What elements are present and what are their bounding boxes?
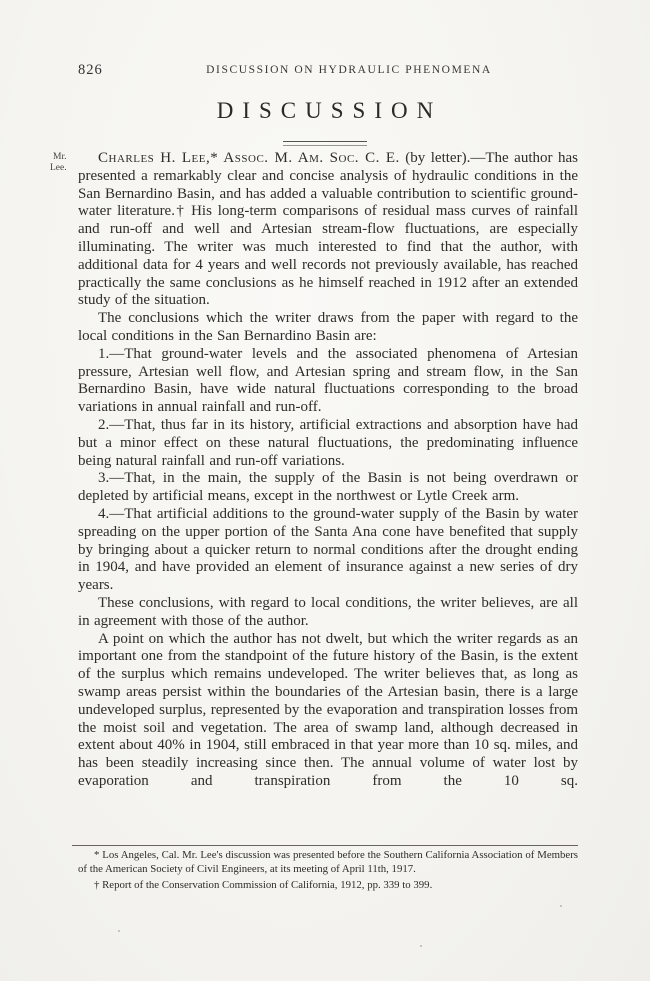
margin-note-speaker: Mr. Lee. [50, 152, 78, 173]
paragraph-discussion-opening: Charles H. Lee,* Assoc. M. Am. Soc. C. E… [78, 150, 578, 310]
book-page: 826 DISCUSSION ON HYDRAULIC PHENOMENA DI… [0, 0, 650, 981]
footnote-dagger: † Report of the Conservation Commission … [78, 879, 578, 893]
margin-note-line2: Lee. [50, 163, 78, 174]
scan-speckle [560, 905, 562, 907]
body-text: Charles H. Lee,* Assoc. M. Am. Soc. C. E… [78, 150, 578, 791]
paragraph-conclusion-2: 2.—That, thus far in its history, artifi… [78, 417, 578, 470]
paragraph-conclusion-4: 4.—That artificial additions to the grou… [78, 506, 578, 595]
page-header: 826 DISCUSSION ON HYDRAULIC PHENOMENA [78, 62, 580, 80]
title-rule [283, 141, 367, 146]
paragraph-conclusions-intro: The conclusions which the writer draws f… [78, 310, 578, 346]
author-name-smallcaps: Charles H. Lee,* Assoc. M. Am. Soc. C. E… [98, 150, 400, 166]
section-title: DISCUSSION [0, 98, 650, 124]
scan-speckle [420, 945, 422, 947]
paragraph-text: (by letter).—The author has presented a … [78, 150, 578, 308]
page-number: 826 [78, 62, 103, 79]
footnote-asterisk: * Los Angeles, Cal. Mr. Lee's discussion… [78, 849, 578, 876]
margin-note-line1: Mr. [50, 152, 78, 163]
running-head: DISCUSSION ON HYDRAULIC PHENOMENA [138, 64, 560, 76]
paragraph-conclusion-3: 3.—That, in the main, the supply of the … [78, 470, 578, 506]
paragraph-surplus: A point on which the author has not dwel… [78, 631, 578, 791]
footnotes: * Los Angeles, Cal. Mr. Lee's discussion… [78, 849, 578, 893]
paragraph-agreement: These conclusions, with regard to local … [78, 595, 578, 631]
paragraph-conclusion-1: 1.—That ground-water levels and the asso… [78, 346, 578, 417]
footnote-separator-rule [72, 845, 578, 846]
scan-speckle [118, 930, 120, 932]
